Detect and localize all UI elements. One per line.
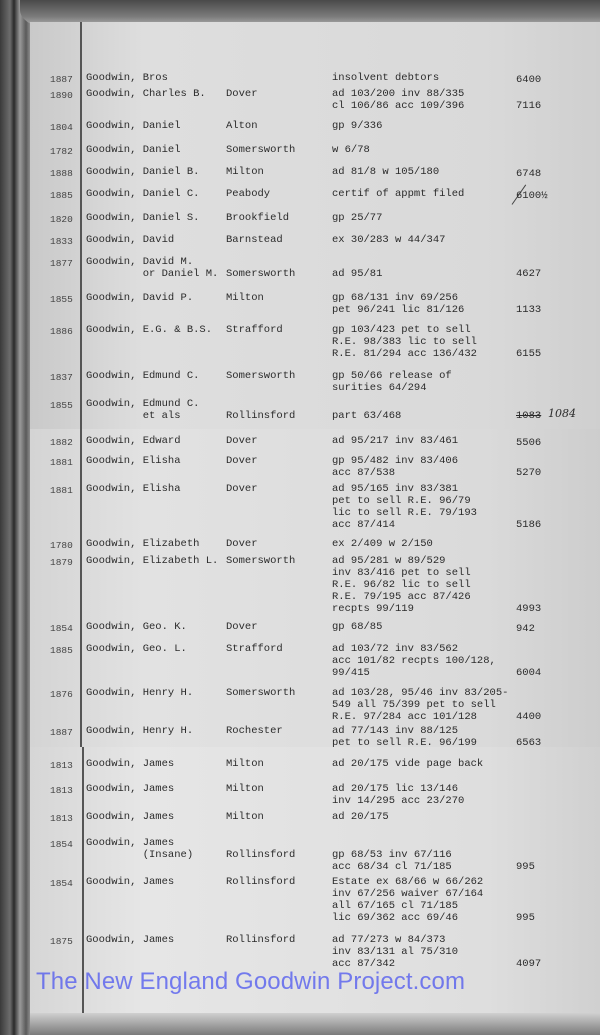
entry-name: Goodwin, Daniel S. <box>86 212 199 224</box>
entry-year: 1887 <box>50 74 73 86</box>
entry-name: Goodwin, Edmund C. <box>86 370 199 382</box>
entry-year: 1876 <box>50 689 73 701</box>
entry-reference: inv 83/416 pet to sell <box>332 567 471 579</box>
entry-year: 1886 <box>50 326 73 338</box>
entry-name: Goodwin, Daniel C. <box>86 188 199 200</box>
entry-name: Goodwin, Elisha <box>86 455 181 467</box>
handwritten-correction: 1084 <box>548 408 576 420</box>
index-section-2: 1882Goodwin, EdwardDoverad 95/217 inv 83… <box>30 429 600 747</box>
entry-reference: gp 25/77 <box>332 212 382 224</box>
entry-year: 1837 <box>50 372 73 384</box>
entry-file-number: 5506 <box>516 437 541 449</box>
entry-reference: R.E. 79/195 acc 87/426 <box>332 591 471 603</box>
entry-reference: ex 30/283 w 44/347 <box>332 234 445 246</box>
entry-reference: pet to sell R.E. 96/199 <box>332 737 477 747</box>
entry-place: Rollinsford <box>226 849 295 861</box>
entry-name: Goodwin, Elisha <box>86 483 181 495</box>
entry-year: 1885 <box>50 190 73 202</box>
entry-place: Brookfield <box>226 212 289 224</box>
entry-place: Rollinsford <box>226 934 295 946</box>
entry-reference: inv 67/256 waiver 67/164 <box>332 888 483 900</box>
entry-year: 1854 <box>50 623 73 635</box>
entry-reference: insolvent debtors <box>332 72 439 84</box>
entry-year: 1877 <box>50 258 73 270</box>
page-bottom-edge <box>30 1013 600 1035</box>
entry-place: Somersworth <box>226 370 295 382</box>
entry-year: 1887 <box>50 727 73 739</box>
entry-reference: pet to sell R.E. 96/79 <box>332 495 471 507</box>
entry-file-number: 6004 <box>516 667 541 679</box>
entry-year: 1820 <box>50 214 73 226</box>
entry-reference: ex 2/409 w 2/150 <box>332 538 433 550</box>
entry-year: 1885 <box>50 645 73 657</box>
entry-reference: ad 103/28, 95/46 inv 83/205- <box>332 687 508 699</box>
entry-reference: ad 20/175 lic 13/146 <box>332 783 458 795</box>
entry-reference: acc 68/34 cl 71/185 <box>332 861 452 873</box>
entry-reference: R.E. 96/82 lic to sell <box>332 579 471 591</box>
entry-name: Goodwin, James <box>86 837 174 849</box>
entry-year: 1879 <box>50 557 73 569</box>
entry-year: 1813 <box>50 813 73 825</box>
entry-file-number: 5186 <box>516 519 541 531</box>
entry-year: 1888 <box>50 168 73 180</box>
entry-file-number: 5270 <box>516 467 541 479</box>
entry-reference: ad 95/81 <box>332 268 382 280</box>
entry-reference: ad 95/217 inv 83/461 <box>332 435 458 447</box>
entry-reference: inv 14/295 acc 23/270 <box>332 795 464 807</box>
entry-place: Dover <box>226 455 258 467</box>
entry-place: Barnstead <box>226 234 283 246</box>
entry-year: 1882 <box>50 437 73 449</box>
entry-file-number: 6748 <box>516 168 541 180</box>
entry-reference: gp 68/85 <box>332 621 382 633</box>
entry-name: Goodwin, Geo. K. <box>86 621 187 633</box>
entry-place: Milton <box>226 811 264 823</box>
entry-name: Goodwin, James <box>86 811 174 823</box>
entry-place: Milton <box>226 783 264 795</box>
entry-file-number: 1133 <box>516 304 541 316</box>
entry-reference: gp 68/131 inv 69/256 <box>332 292 458 304</box>
entry-name: et als <box>86 410 181 422</box>
entry-name: Goodwin, Daniel <box>86 144 181 156</box>
entry-name: (Insane) <box>86 849 193 861</box>
entry-name: Goodwin, James <box>86 783 174 795</box>
entry-reference: acc 101/82 recpts 100/128, <box>332 655 496 667</box>
entry-year: 1813 <box>50 760 73 772</box>
entry-year: 1782 <box>50 146 73 158</box>
entry-reference: R.E. 81/294 acc 136/432 <box>332 348 477 360</box>
entry-reference: gp 95/482 inv 83/406 <box>332 455 458 467</box>
entry-reference: 549 all 75/399 pet to sell <box>332 699 496 711</box>
entry-reference: ad 103/72 inv 83/562 <box>332 643 458 655</box>
entry-place: Rollinsford <box>226 876 295 888</box>
entry-year: 1854 <box>50 839 73 851</box>
entry-place: Somersworth <box>226 687 295 699</box>
entry-place: Rochester <box>226 725 283 737</box>
entry-reference: R.E. 98/383 lic to sell <box>332 336 477 348</box>
entry-place: Somersworth <box>226 268 295 280</box>
entry-file-number: 6400 <box>516 74 541 86</box>
entry-name: or Daniel M. <box>86 268 218 280</box>
entry-place: Dover <box>226 483 258 495</box>
entry-reference: gp 68/53 inv 67/116 <box>332 849 452 861</box>
entry-file-number: 7116 <box>516 100 541 112</box>
entry-reference: w 6/78 <box>332 144 370 156</box>
entry-place: Dover <box>226 435 258 447</box>
entry-reference: gp 9/336 <box>332 120 382 132</box>
entry-year: 1881 <box>50 485 73 497</box>
entry-reference: surities 64/294 <box>332 382 427 394</box>
entry-name: Goodwin, Daniel <box>86 120 181 132</box>
entry-place: Rollinsford <box>226 410 295 422</box>
entry-file-number: 6100½ <box>516 190 548 202</box>
entry-year: 1875 <box>50 936 73 948</box>
entry-file-number: 4627 <box>516 268 541 280</box>
entry-place: Somersworth <box>226 555 295 567</box>
entry-name: Goodwin, Edward <box>86 435 181 447</box>
entry-year: 1854 <box>50 878 73 890</box>
entry-name: Goodwin, Henry H. <box>86 687 193 699</box>
entry-reference: inv 83/131 al 75/310 <box>332 946 458 958</box>
entry-file-number: 6155 <box>516 348 541 360</box>
entry-year: 1813 <box>50 785 73 797</box>
entry-place: Peabody <box>226 188 270 200</box>
entry-year: 1780 <box>50 540 73 552</box>
entry-name: Goodwin, James <box>86 758 174 770</box>
entry-file-number: 4097 <box>516 958 541 970</box>
entry-reference: pet 96/241 lic 81/126 <box>332 304 464 316</box>
entry-name: Goodwin, Daniel B. <box>86 166 199 178</box>
entry-name: Goodwin, Bros <box>86 72 168 84</box>
entry-file-number: 4993 <box>516 603 541 615</box>
entry-place: Milton <box>226 292 264 304</box>
watermark: The New England Goodwin Project.com <box>36 968 465 996</box>
entry-name: Goodwin, Elizabeth L. <box>86 555 218 567</box>
entry-place: Somersworth <box>226 144 295 156</box>
entry-name: Goodwin, E.G. & B.S. <box>86 324 212 336</box>
entry-reference: ad 95/165 inv 83/381 <box>332 483 458 495</box>
entry-name: Goodwin, James <box>86 934 174 946</box>
entry-reference: 99/415 <box>332 667 370 679</box>
entry-reference: part 63/468 <box>332 410 401 422</box>
entry-reference: recpts 99/119 <box>332 603 414 615</box>
entry-reference: ad 20/175 vide page back <box>332 758 483 770</box>
entry-name: Goodwin, Edmund C. <box>86 398 199 410</box>
entry-place: Dover <box>226 621 258 633</box>
entry-reference: R.E. 97/284 acc 101/128 <box>332 711 477 723</box>
entry-reference: ad 77/273 w 84/373 <box>332 934 445 946</box>
entry-reference: ad 20/175 <box>332 811 389 823</box>
entry-year: 1855 <box>50 400 73 412</box>
margin-rule <box>80 22 82 429</box>
entry-file-number: 942 <box>516 623 535 635</box>
entry-name: Goodwin, Henry H. <box>86 725 193 737</box>
entry-place: Strafford <box>226 324 283 336</box>
entry-reference: all 67/165 cl 71/185 <box>332 900 458 912</box>
entry-name: Goodwin, Charles B. <box>86 88 206 100</box>
entry-name: Goodwin, David P. <box>86 292 193 304</box>
entry-reference: ad 81/8 w 105/180 <box>332 166 439 178</box>
entry-name: Goodwin, David <box>86 234 174 246</box>
entry-place: Dover <box>226 538 258 550</box>
entry-year: 1881 <box>50 457 73 469</box>
entry-year: 1855 <box>50 294 73 306</box>
index-section-1: 1887Goodwin, Brosinsolvent debtors640018… <box>30 22 600 429</box>
entry-reference: ad 95/281 w 89/529 <box>332 555 445 567</box>
entry-place: Milton <box>226 166 264 178</box>
entry-reference: cl 106/86 acc 109/396 <box>332 100 464 112</box>
entry-name: Goodwin, Elizabeth <box>86 538 199 550</box>
entry-reference: certif of appmt filed <box>332 188 464 200</box>
entry-name: Goodwin, Geo. L. <box>86 643 187 655</box>
entry-place: Alton <box>226 120 258 132</box>
entry-place: Strafford <box>226 643 283 655</box>
entry-file-number: 6563 <box>516 737 541 747</box>
entry-place: Dover <box>226 88 258 100</box>
entry-name: Goodwin, David M. <box>86 256 193 268</box>
entry-reference: Estate ex 68/66 w 66/262 <box>332 876 483 888</box>
entry-reference: acc 87/414 <box>332 519 395 531</box>
entry-file-number: 4400 <box>516 711 541 723</box>
entry-reference: lic to sell R.E. 79/193 <box>332 507 477 519</box>
entry-reference: lic 69/362 acc 69/46 <box>332 912 458 924</box>
entry-name: Goodwin, James <box>86 876 174 888</box>
entry-reference: gp 50/66 release of <box>332 370 452 382</box>
entry-reference: ad 103/200 inv 88/335 <box>332 88 464 100</box>
entry-year: 1833 <box>50 236 73 248</box>
entry-reference: ad 77/143 inv 88/125 <box>332 725 458 737</box>
entry-file-number: 1083 <box>516 410 541 422</box>
entry-place: Milton <box>226 758 264 770</box>
entry-reference: acc 87/538 <box>332 467 395 479</box>
entry-year: 1804 <box>50 122 73 134</box>
entry-reference: gp 103/423 pet to sell <box>332 324 471 336</box>
entry-file-number: 995 <box>516 912 535 924</box>
margin-rule <box>80 429 82 747</box>
entry-year: 1890 <box>50 90 73 102</box>
entry-file-number: 995 <box>516 861 535 873</box>
